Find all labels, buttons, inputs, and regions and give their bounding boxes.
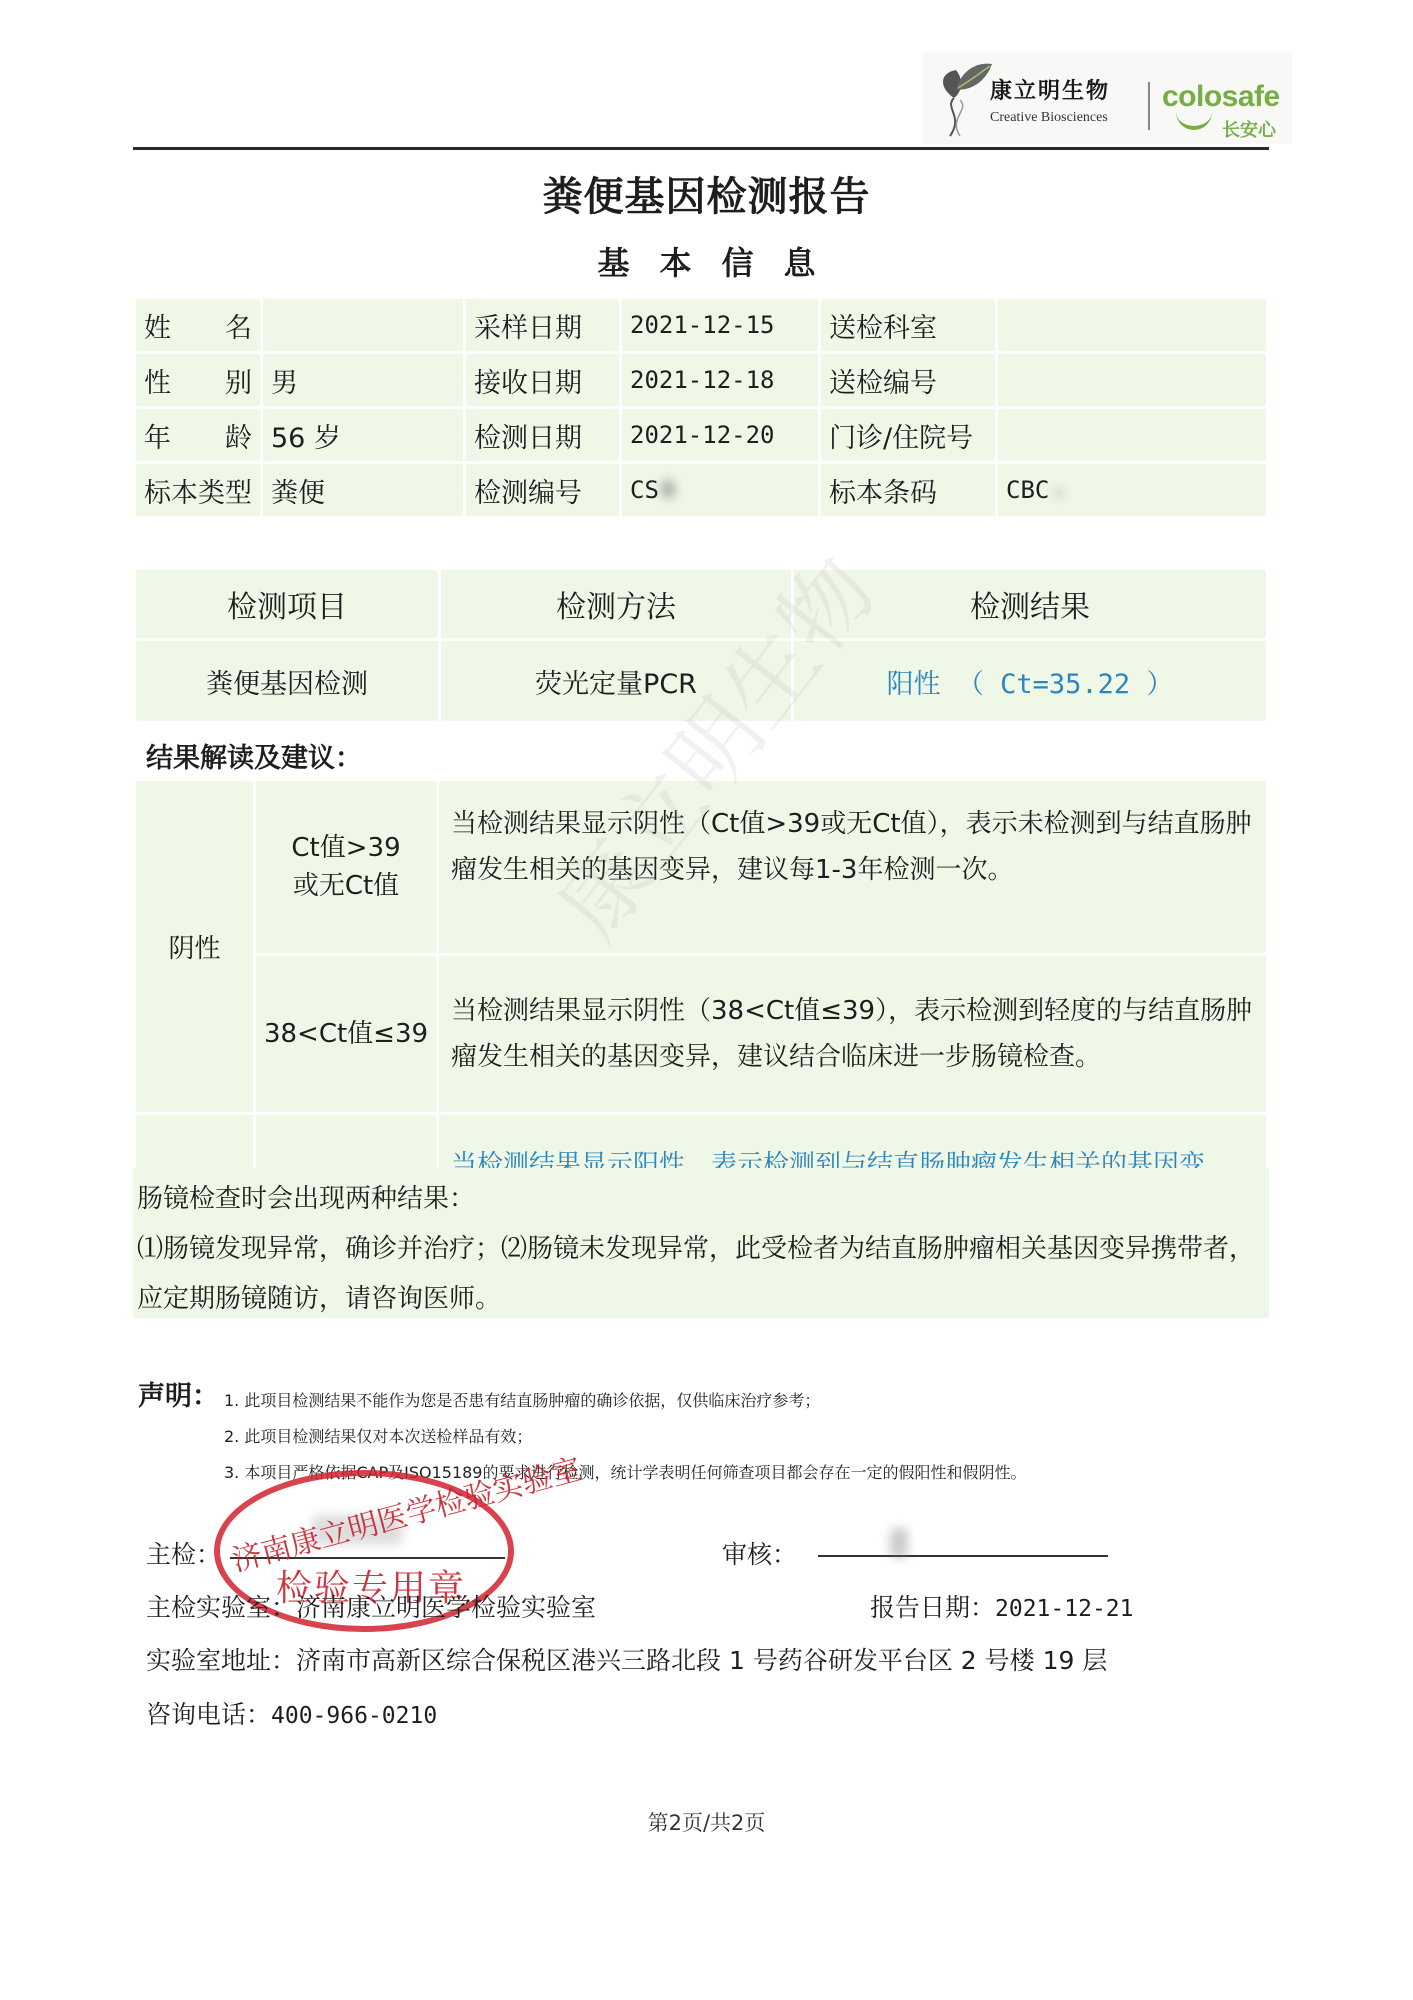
- colonoscopy-note: 肠镜检查时会出现两种结果： ⑴肠镜发现异常，确诊并治疗；⑵肠镜未发现异常，此受检…: [133, 1168, 1269, 1318]
- value-barcode: CBC: [998, 464, 1266, 516]
- address-value: 济南市高新区综合保税区港兴三路北段 1 号药谷研发平台区 2 号楼 19 层: [296, 1646, 1107, 1675]
- report-date-label: 报告日期：: [870, 1593, 995, 1622]
- address-line: 实验室地址：济南市高新区综合保税区港兴三路北段 1 号药谷研发平台区 2 号楼 …: [146, 1641, 1107, 1677]
- brand-name-en: Creative Biosciences: [990, 110, 1108, 126]
- redacted-blur: [661, 480, 675, 498]
- declaration-label: 声明：: [138, 1374, 219, 1413]
- lab-label: 主检实验室：: [146, 1593, 296, 1622]
- phone-line: 咨询电话：400-966-0210: [146, 1695, 437, 1731]
- value-gender: 男: [263, 354, 463, 406]
- header-divider: [133, 147, 1269, 150]
- report-date-line: 报告日期：2021-12-21: [870, 1588, 1134, 1624]
- cell-test-result: 阳性 （ Ct=35.22 ）: [794, 641, 1266, 721]
- phone-value: 400-966-0210: [271, 1703, 437, 1729]
- table-row: 阴性 Ct值>39 或无Ct值 当检测结果显示阴性（Ct值>39或无Ct值），表…: [136, 781, 1266, 953]
- table-row: 标本类型 粪便 检测编号 CS 标本条码 CBC: [136, 464, 1266, 516]
- report-date-value: 2021-12-21: [995, 1596, 1133, 1622]
- label-negative: 阴性: [136, 781, 253, 1112]
- value-outpatient-no: [998, 409, 1266, 461]
- text-negative-mild: 当检测结果显示阴性（38<Ct值≤39），表示检测到轻度的与结直肠肿瘤发生相关的…: [439, 956, 1266, 1112]
- colonoscopy-text: ⑴肠镜发现异常，确诊并治疗；⑵肠镜未发现异常，此受检者为结直肠肿瘤相关基因变异携…: [137, 1224, 1265, 1324]
- table-row: 38<Ct值≤39 当检测结果显示阴性（38<Ct值≤39），表示检测到轻度的与…: [136, 956, 1266, 1112]
- brand-name-cn: 康立明生物: [990, 74, 1110, 105]
- table-row: 粪便基因检测 荧光定量PCR 阳性 （ Ct=35.22 ）: [136, 641, 1266, 721]
- label-barcode: 标本条码: [821, 464, 995, 516]
- interpretation-title: 结果解读及建议：: [146, 736, 362, 775]
- section-title-basic-info: 基本信息: [0, 238, 1413, 284]
- table-row: 年龄 56 岁 检测日期 2021-12-20 门诊/住院号: [136, 409, 1266, 461]
- cell-test-method: 荧光定量PCR: [441, 641, 791, 721]
- value-receive-date: 2021-12-18: [622, 354, 818, 406]
- phone-label: 咨询电话：: [146, 1700, 271, 1729]
- reviewer-signature-redacted: [890, 1528, 908, 1558]
- page-indicator: 第2页/共2页: [0, 1807, 1413, 1837]
- value-test-no: CS: [622, 464, 818, 516]
- header-test-item: 检测项目: [136, 570, 438, 638]
- value-department: [998, 299, 1266, 351]
- redacted-blur: [1053, 488, 1065, 498]
- label-age: 年龄: [136, 409, 260, 461]
- address-label: 实验室地址：: [146, 1646, 296, 1675]
- label-specimen-type: 标本类型: [136, 464, 260, 516]
- brand-separator: [1148, 82, 1150, 130]
- label-sampling-date: 采样日期: [466, 299, 619, 351]
- result-table: 检测项目 检测方法 检测结果 粪便基因检测 荧光定量PCR 阳性 （ Ct=35…: [133, 567, 1269, 724]
- value-name: [263, 299, 463, 351]
- label-submission-no: 送检编号: [821, 354, 995, 406]
- value-sampling-date: 2021-12-15: [622, 299, 818, 351]
- value-submission-no: [998, 354, 1266, 406]
- product-logo-cn: 长安心: [1222, 116, 1276, 142]
- header-logo-block: 康立明生物 Creative Biosciences colosafe 长安心: [922, 52, 1292, 144]
- table-row: 姓名 采样日期 2021-12-15 送检科室: [136, 299, 1266, 351]
- value-specimen-type: 粪便: [263, 464, 463, 516]
- label-department: 送检科室: [821, 299, 995, 351]
- value-age: 56 岁: [263, 409, 463, 461]
- reviewer-signature-line: [818, 1555, 1108, 1557]
- product-logo-en: colosafe: [1162, 80, 1280, 114]
- cell-test-item: 粪便基因检测: [136, 641, 438, 721]
- label-test-date: 检测日期: [466, 409, 619, 461]
- table-header-row: 检测项目 检测方法 检测结果: [136, 570, 1266, 638]
- leaf-dna-logo-icon: [934, 58, 994, 138]
- report-title: 粪便基因检测报告: [0, 165, 1413, 222]
- declaration-item-2: 2. 此项目检测结果仅对本次送检样品有效；: [224, 1424, 532, 1447]
- table-row: 性别 男 接收日期 2021-12-18 送检编号: [136, 354, 1266, 406]
- basic-info-table: 姓名 采样日期 2021-12-15 送检科室 性别 男 接收日期 2021-1…: [133, 296, 1269, 519]
- colonoscopy-intro: 肠镜检查时会出现两种结果：: [137, 1174, 1265, 1224]
- range-negative-mild: 38<Ct值≤39: [256, 956, 436, 1112]
- label-receive-date: 接收日期: [466, 354, 619, 406]
- header-test-method: 检测方法: [441, 570, 791, 638]
- value-test-date: 2021-12-20: [622, 409, 818, 461]
- reviewer-label: 审核：: [722, 1535, 797, 1571]
- examiner-label: 主检：: [146, 1535, 221, 1571]
- smile-logo-icon: [1176, 112, 1212, 130]
- lab-value: 济南康立明医学检验实验室: [296, 1593, 596, 1622]
- label-name: 姓名: [136, 299, 260, 351]
- header-test-result: 检测结果: [794, 570, 1266, 638]
- label-outpatient-no: 门诊/住院号: [821, 409, 995, 461]
- label-gender: 性别: [136, 354, 260, 406]
- text-negative-high: 当检测结果显示阴性（Ct值>39或无Ct值），表示未检测到与结直肠肿瘤发生相关的…: [439, 781, 1266, 953]
- lab-line: 主检实验室：济南康立明医学检验实验室: [146, 1588, 596, 1624]
- declaration-item-1: 1. 此项目检测结果不能作为您是否患有结直肠肿瘤的确诊依据，仅供临床治疗参考；: [224, 1388, 820, 1411]
- label-test-no: 检测编号: [466, 464, 619, 516]
- range-negative-high: Ct值>39 或无Ct值: [256, 781, 436, 953]
